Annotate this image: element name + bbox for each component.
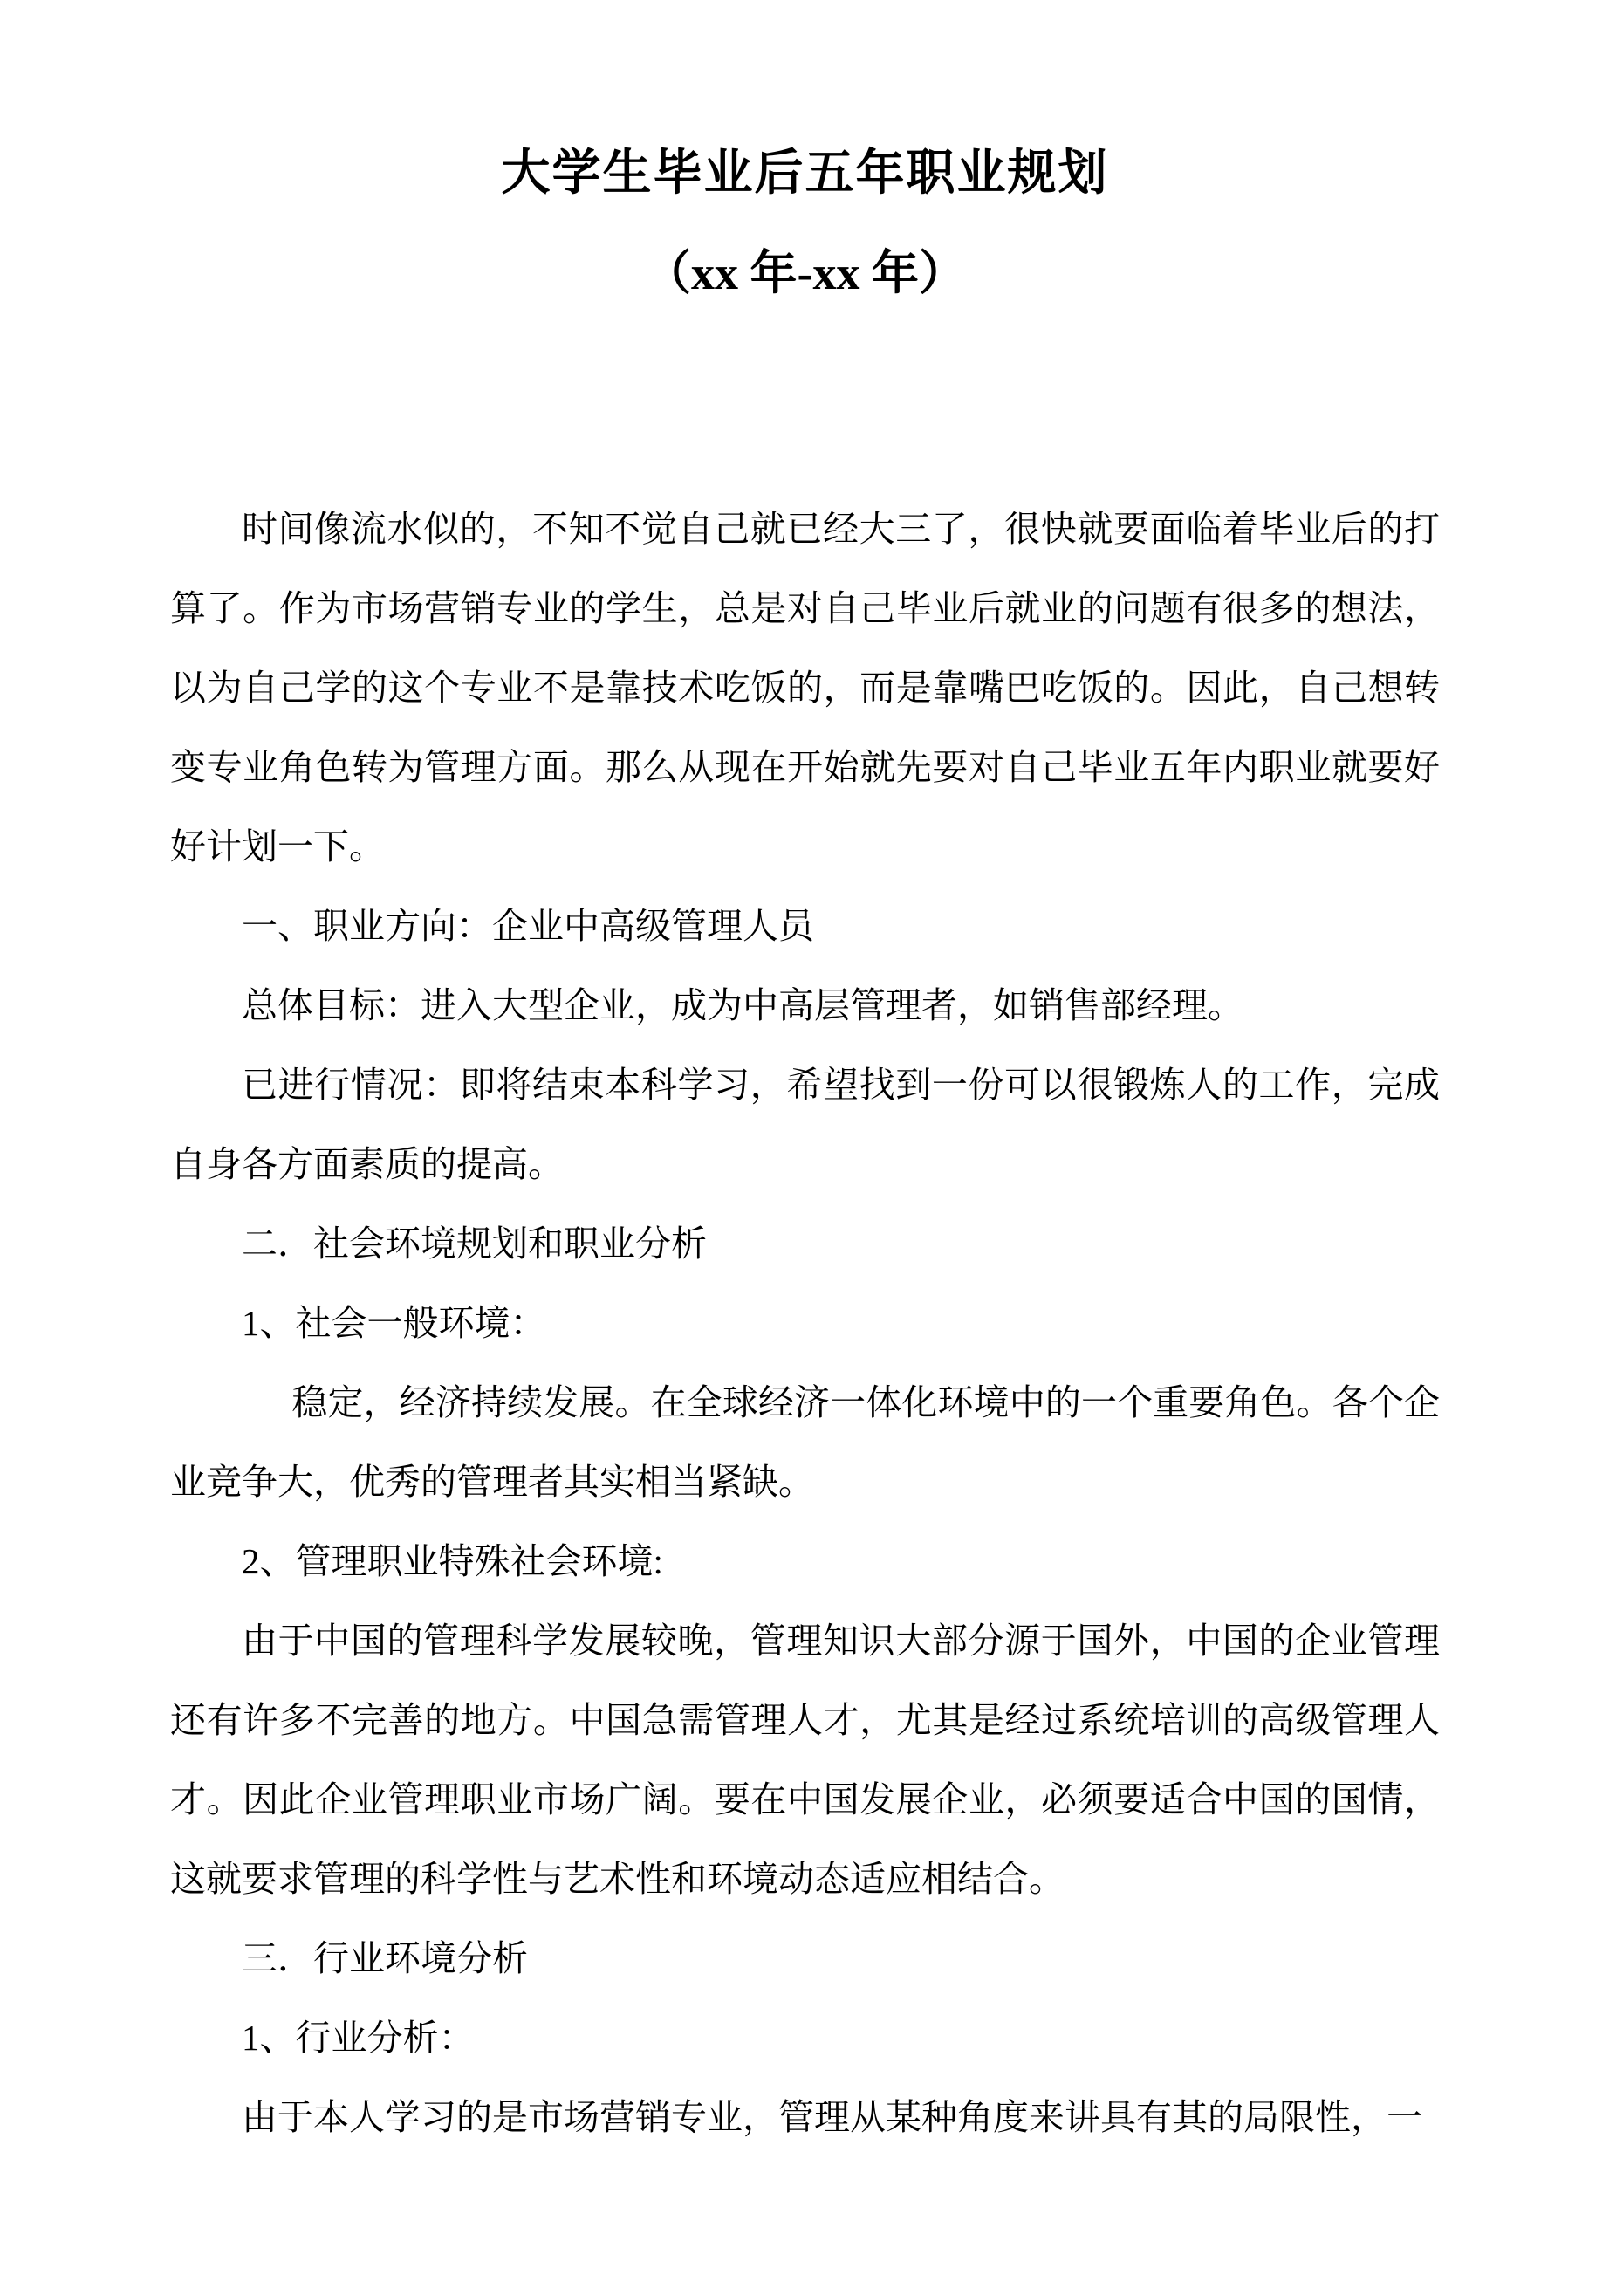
paragraph-general-environment: 稳定，经济持续发展。在全球经济一体化环境中的一个重要角色。各个企业竞争大，优秀的…	[170, 1363, 1440, 1522]
paragraph-industry-analysis: 由于本人学习的是市场营销专业，管理从某种角度来讲具有其的局限性，一	[170, 2078, 1440, 2157]
heading-social-environment: 二．社会环境规划和职业分析	[170, 1204, 1440, 1284]
paragraph-progress: 已进行情况：即将结束本科学习，希望找到一份可以很锻炼人的工作，完成自身各方面素质…	[170, 1045, 1440, 1204]
document-title: 大学生毕业后五年职业规划	[170, 149, 1440, 198]
document-body: 时间像流水似的，不知不觉自己就已经大三了，很快就要面临着毕业后的打算了。作为市场…	[170, 490, 1440, 2157]
paragraph-management-environment: 由于中国的管理科学发展较晚，管理知识大部分源于国外，中国的企业管理还有许多不完善…	[170, 1601, 1440, 1919]
heading-general-environment: 1、社会一般环境：	[170, 1284, 1440, 1363]
document-subtitle: （xx 年-xx 年）	[170, 249, 1440, 298]
paragraph-overall-goal: 总体目标：进入大型企业，成为中高层管理者，如销售部经理。	[170, 966, 1440, 1045]
paragraph-intro: 时间像流水似的，不知不觉自己就已经大三了，很快就要面临着毕业后的打算了。作为市场…	[170, 490, 1440, 887]
heading-industry-environment: 三．行业环境分析	[170, 1919, 1440, 1998]
document-page: 大学生毕业后五年职业规划 （xx 年-xx 年） 时间像流水似的，不知不觉自己就…	[0, 0, 1623, 2296]
heading-management-environment: 2、管理职业特殊社会环境:	[170, 1522, 1440, 1601]
heading-industry-analysis: 1、行业分析：	[170, 1998, 1440, 2078]
heading-career-direction: 一、职业方向：企业中高级管理人员	[170, 887, 1440, 966]
